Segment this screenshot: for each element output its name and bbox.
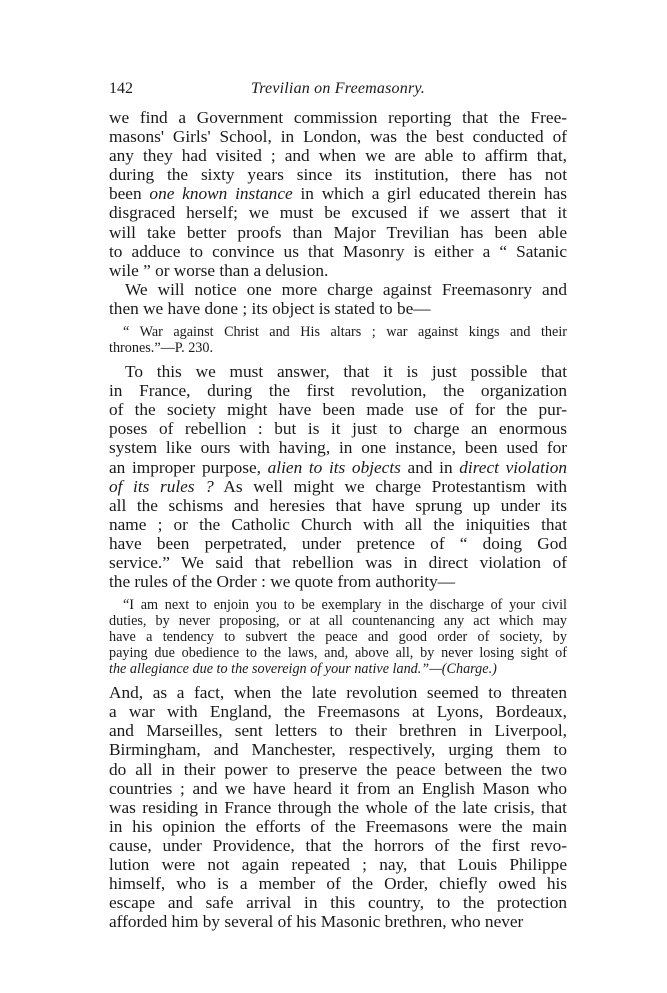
running-head: 142 Trevilian on Freemasonry.	[109, 78, 567, 100]
text-line: masons' Girls' School, in London, was th…	[109, 127, 567, 146]
text-line: To this we must answer, that it is just …	[109, 362, 567, 381]
book-page: 142 Trevilian on Freemasonry. we find a …	[109, 78, 567, 931]
text-line: of its rules ? As well might we charge P…	[109, 477, 567, 496]
italic-emphasis: the allegiance due to the sovereign of y…	[109, 661, 497, 677]
text-line: poses of rebellion : but is it just to c…	[109, 419, 567, 438]
text-line: then we have done ; its object is stated…	[109, 299, 567, 318]
italic-emphasis: one known instance	[149, 184, 292, 203]
text-line: do all in their power to preserve the pe…	[109, 760, 567, 779]
body-text: we find a Government commission reportin…	[109, 108, 567, 931]
text-line: escape and safe arrival in this country,…	[109, 893, 567, 912]
text-line: service.” We said that rebellion was in …	[109, 553, 567, 572]
block-quote: “ War against Christ and His altars ; wa…	[109, 324, 567, 356]
text-line: “ War against Christ and His altars ; wa…	[109, 324, 567, 340]
paragraph: We will notice one more charge against F…	[109, 280, 567, 318]
text-line: was residing in France through the whole…	[109, 798, 567, 817]
text-line: And, as a fact, when the late revolution…	[109, 683, 567, 702]
text-line: the rules of the Order : we quote from a…	[109, 572, 567, 591]
text-line: during the sixty years since its institu…	[109, 165, 567, 184]
text-line: disgraced herself; we must be excused if…	[109, 203, 567, 222]
text-line: paying due obedience to the laws, and, a…	[109, 645, 567, 661]
italic-emphasis: of its rules ?	[109, 477, 214, 496]
italic-emphasis: alien to its objects	[268, 458, 401, 477]
italic-emphasis: direct violation	[459, 458, 567, 477]
text-line: all the schisms and heresies that have s…	[109, 496, 567, 515]
text-line: wile ” or worse than a delusion.	[109, 261, 567, 280]
paragraph: we find a Government commission reportin…	[109, 108, 567, 280]
text-line: will take better proofs than Major Trevi…	[109, 223, 567, 242]
text-line: have a tendency to subvert the peace and…	[109, 629, 567, 645]
text-line: cause, under Providence, that the horror…	[109, 836, 567, 855]
text-line: any they had visited ; and when we are a…	[109, 146, 567, 165]
text-line: a war with England, the Freemasons at Ly…	[109, 702, 567, 721]
text-line: the allegiance due to the sovereign of y…	[109, 661, 567, 677]
text-line: thrones.”—P. 230.	[109, 340, 567, 356]
text-line: duties, by never proposing, or at all co…	[109, 613, 567, 629]
text-line: have been perpetrated, under pretence of…	[109, 534, 567, 553]
text-line: himself, who is a member of the Order, c…	[109, 874, 567, 893]
text-line: We will notice one more charge against F…	[109, 280, 567, 299]
text-line: name ; or the Catholic Church with all t…	[109, 515, 567, 534]
text-line: system like ours with having, in one ins…	[109, 438, 567, 457]
paragraph: To this we must answer, that it is just …	[109, 362, 567, 591]
text-line: and Marseilles, sent letters to their br…	[109, 721, 567, 740]
running-title: Trevilian on Freemasonry.	[109, 78, 567, 100]
text-line: countries ; and we have heard it from an…	[109, 779, 567, 798]
text-line: in his opinion the efforts of the Freema…	[109, 817, 567, 836]
text-line: we find a Government commission reportin…	[109, 108, 567, 127]
text-line: to adduce to convince us that Masonry is…	[109, 242, 567, 261]
block-quote: “I am next to enjoin you to be exemplary…	[109, 597, 567, 677]
text-line: been one known instance in which a girl …	[109, 184, 567, 203]
text-line: of the society might have been made use …	[109, 400, 567, 419]
paragraph: And, as a fact, when the late revolution…	[109, 683, 567, 931]
text-line: an improper purpose, alien to its object…	[109, 458, 567, 477]
text-line: in France, during the first revolution, …	[109, 381, 567, 400]
text-line: “I am next to enjoin you to be exemplary…	[109, 597, 567, 613]
text-line: Birmingham, and Manchester, respectively…	[109, 740, 567, 759]
text-line: lution were not again repeated ; nay, th…	[109, 855, 567, 874]
text-line: afforded him by several of his Masonic b…	[109, 912, 567, 931]
